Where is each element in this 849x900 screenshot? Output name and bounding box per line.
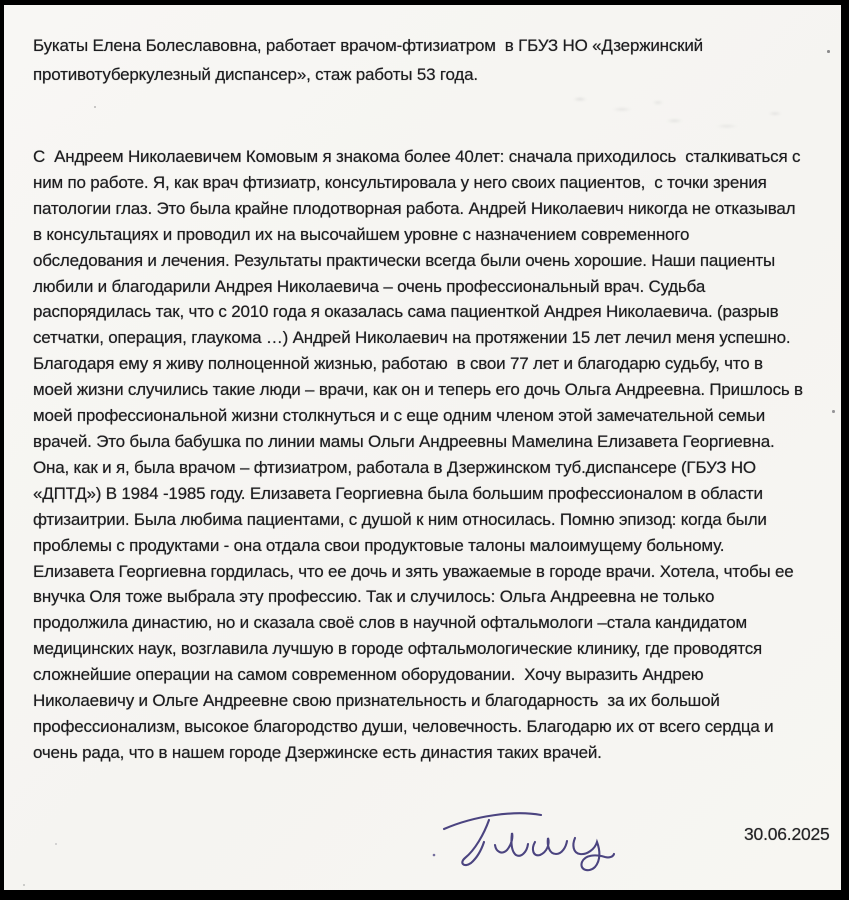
text-line: Благодаря ему я живу полноценной жизнью,… — [33, 351, 803, 377]
document-page: Букаты Елена Болеславовна, работает врач… — [4, 5, 841, 890]
text-line: очень рада, что в нашем городе Дзержинск… — [33, 740, 803, 766]
scan-smudge — [556, 89, 676, 123]
text-line: врачей. Это была бабушка по линии мамы О… — [33, 429, 803, 455]
text-line: моей профессиональной жизни столкнуться … — [33, 403, 803, 429]
text-line: сложнейшие операции на самом современном… — [33, 662, 803, 688]
text-line: фтизаитрии. Была любима пациентами, с ду… — [33, 507, 803, 533]
text-line: противотуберкулезный диспансер», стаж ра… — [33, 60, 703, 89]
body-paragraph: С Андреем Николаевичем Комовым я знакома… — [33, 144, 803, 766]
text-line: Николаевичу и Ольге Андреевне свою призн… — [33, 688, 803, 714]
text-line: в консультациях и проводил их на высочай… — [33, 222, 803, 248]
scan-speck — [55, 843, 57, 845]
text-line: медицинских наук, возглавила лучшую в го… — [33, 636, 803, 662]
text-line: «ДПТД») В 1984 -1985 году. Елизавета Гео… — [33, 481, 803, 507]
text-line: Елизавета Георгиевна гордилась, что ее д… — [33, 559, 803, 585]
text-line: сетчатки, операция, глаукома …) Андрей Н… — [33, 325, 803, 351]
scan-speck — [23, 884, 25, 886]
text-line: Букаты Елена Болеславовна, работает врач… — [33, 31, 703, 60]
scan-speck — [94, 106, 96, 108]
text-line: ним по работе. Я, как врач фтизиатр, кон… — [33, 170, 803, 196]
scan-speck — [827, 50, 830, 53]
text-line: внучка Оля тоже выбрала эту профессию. Т… — [33, 584, 803, 610]
text-line: распорядилась так, что с 2010 года я ока… — [33, 299, 803, 325]
text-line: продолжила династию, но и сказала своё с… — [33, 610, 803, 636]
text-line: проблемы с продуктами - она отдала свои … — [33, 533, 803, 559]
date-stamp: 30.06.2025 — [744, 824, 830, 845]
text-line: профессионализм, высокое благородство ду… — [33, 714, 803, 740]
handwritten-signature-icon — [428, 799, 660, 877]
text-line: обследования и лечения. Результаты практ… — [33, 248, 803, 274]
text-line: моей жизни случились такие люди – врачи,… — [33, 377, 803, 403]
text-line: С Андреем Николаевичем Комовым я знакома… — [33, 144, 803, 170]
text-line: патологии глаз. Это была крайне плодотво… — [33, 196, 803, 222]
scan-frame: Букаты Елена Болеславовна, работает врач… — [0, 0, 849, 900]
intro-paragraph: Букаты Елена Болеславовна, работает врач… — [33, 31, 703, 89]
pen-dot — [433, 854, 436, 857]
text-line: любили и благодарили Андрея Николаевича … — [33, 274, 803, 300]
text-line: Она, как и я, была врачом – фтизиатром, … — [33, 455, 803, 481]
scan-smudge — [652, 101, 802, 137]
scan-speck — [832, 410, 835, 413]
